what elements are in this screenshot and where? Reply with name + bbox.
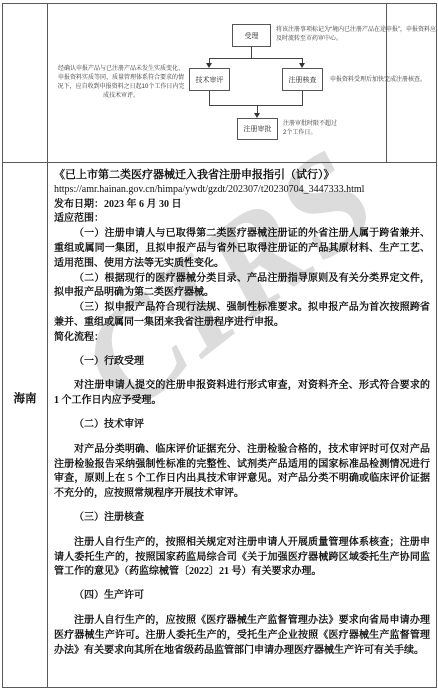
section-body: 注册人自行生产的，按照相关规定对注册申请人开展质量管理体系核查；注册申请人委托生…: [54, 536, 430, 580]
flow-node-accept: 受理: [232, 24, 271, 47]
section-heading: （三）注册核查: [54, 511, 430, 526]
flow-node-reg-inspection: 注册核查: [282, 68, 323, 91]
flow-node-reg-approval: 注册审批: [237, 118, 278, 140]
section-heading: （四）生产许可: [54, 589, 430, 604]
note-tech-review: 经确认申报产品与已注册产品未发生实质变化、申报资料实质等同、质量管理体系符合要求…: [57, 65, 185, 101]
arrow-down-icon: [254, 113, 260, 118]
arrow-down-icon: [206, 63, 212, 68]
connector-line: [209, 91, 210, 105]
scope-item: （一）注册申请人与已取得第二类医疗器械注册证的外省注册人属于跨省兼并、重组或属同…: [54, 227, 430, 271]
note-reg-approval: 注册审批时限不超过2个工作日。: [283, 120, 337, 138]
region-label: 海南: [3, 390, 47, 406]
flow-node-tech-review: 技术审评: [189, 68, 230, 91]
section-body: 对注册申请人提交的注册申报资料进行形式审查，对资料齐全、形式符合要求的 1 个工…: [54, 379, 430, 409]
flowchart: 受理 技术审评 注册核查 注册审批 将该注册事项标记为“境内已注册产品在途申报”…: [48, 4, 436, 162]
scope-heading: 适应范围：: [54, 212, 430, 227]
section-body: 注册人自行生产的，应按照《医疗器械生产监督管理办法》要求向省局申请办理医疗器械生…: [54, 614, 430, 658]
scope-item: （二）根据现行的医疗器械分类目录、产品注册指导原则及有关分类界定文件，拟申报产品…: [54, 272, 430, 302]
section-body: 对产品分类明确、临床评价证据充分、注册检验合格的，技术审评时可仅对产品注册检验报…: [54, 443, 430, 502]
process-heading: 简化流程：: [54, 331, 430, 346]
arrow-down-icon: [299, 63, 305, 68]
doc-title: 《已上市第二类医疗器械迁入我省注册申报指引（试行）》: [54, 168, 430, 183]
connector-line: [209, 105, 303, 106]
page: CIRS 海南 受理 技术审评 注册核查 注册审批: [0, 0, 438, 689]
region-cell: 海南: [3, 162, 47, 687]
scope-item: （三）拟申报产品符合现行法规、强制性标准要求。拟申报产品为首次按照跨省兼并、重组…: [54, 301, 430, 331]
table-frame: 海南 受理 技术审评 注册核查 注册审批 将该注册事项标记为“境内已注册产品在途…: [2, 3, 437, 688]
connector-line: [251, 47, 252, 58]
connector-line: [302, 91, 303, 105]
note-reg-inspection: 申报资料受理后加快完成注册核查。: [330, 76, 426, 85]
connector-line: [257, 105, 258, 113]
note-accept: 将该注册事项标记为“境内已注册产品在途申报”，申报资料应及时流转至市药审中心。: [276, 26, 438, 44]
section-heading: （一）行政受理: [54, 355, 430, 370]
section-heading: （二）技术审评: [54, 418, 430, 433]
publish-date: 发布日期：2023 年 6 月 30 日: [54, 198, 430, 213]
doc-url: https://amr.hainan.gov.cn/himpa/ywdt/gzd…: [54, 183, 430, 198]
document-cell: 《已上市第二类医疗器械迁入我省注册申报指引（试行）》 https://amr.h…: [48, 163, 436, 687]
connector-line: [209, 58, 303, 59]
